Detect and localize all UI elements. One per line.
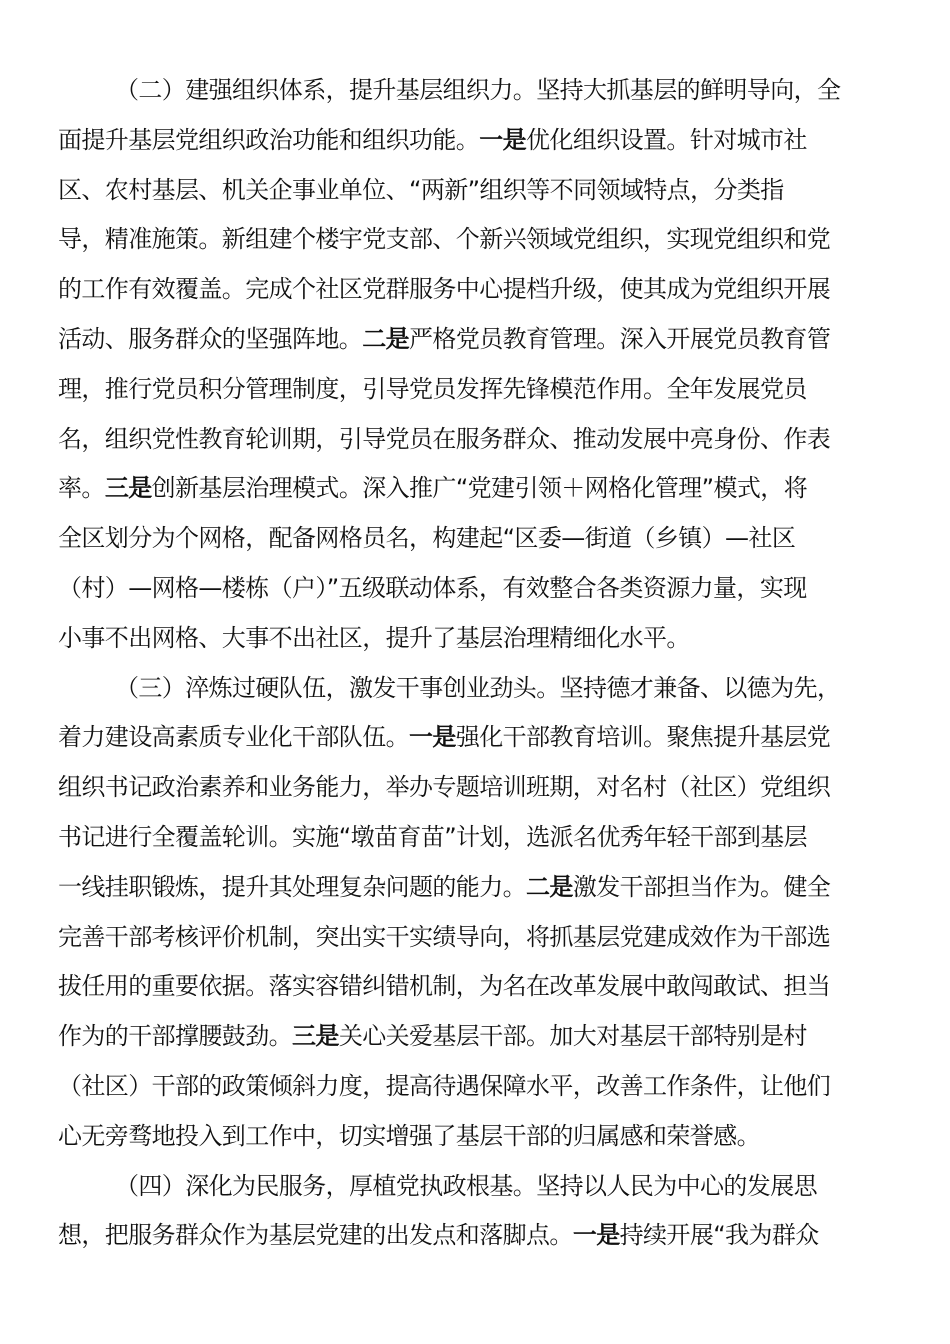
text-line: 心无旁骛地投入到工作中，切实增强了基层干部的归属感和荣誉感。 [58, 1118, 888, 1168]
text-line: 一线挂职锻炼，提升其处理复杂问题的能力。二是激发干部担当作为。健全 [58, 869, 888, 919]
text-line: 拔任用的重要依据。落实容错纠错机制，为名在改革发展中敢闯敢试、担当 [58, 968, 888, 1018]
text-segment: 活动、服务群众的坚强阵地。 [58, 325, 362, 353]
text-segment: （四）深化为民服务，厚植党执政根基。坚持以人民为中心的发展思 [115, 1172, 817, 1200]
document-page: （二）建强组织体系，提升基层组织力。坚持大抓基层的鲜明导向，全面提升基层党组织政… [0, 0, 950, 1344]
text-line: 面提升基层党组织政治功能和组织功能。一是优化组织设置。针对城市社 [58, 122, 888, 172]
text-segment: （三）淬炼过硬队伍，激发干事创业劲头。坚持德才兼备、以德为先， [115, 674, 840, 702]
text-line: 全区划分为个网格，配备网格员名，构建起“区委—街道（乡镇）—社区 [58, 520, 888, 570]
text-line: 名，组织党性教育轮训期，引导党员在服务群众、推动发展中亮身份、作表 [58, 421, 888, 471]
text-segment: 心无旁骛地投入到工作中，切实增强了基层干部的归属感和荣誉感。 [58, 1122, 760, 1150]
text-segment: 导，精准施策。新组建个楼宇党支部、个新兴领域党组织，实现党组织和党 [58, 225, 830, 253]
text-line: 小事不出网格、大事不出社区，提升了基层治理精细化水平。 [58, 620, 888, 670]
text-line: 活动、服务群众的坚强阵地。二是严格党员教育管理。深入开展党员教育管 [58, 321, 888, 371]
bold-keyword: 二是 [526, 873, 573, 901]
text-line: （四）深化为民服务，厚植党执政根基。坚持以人民为中心的发展思 [58, 1168, 888, 1218]
text-segment: 率。 [58, 474, 105, 502]
text-line: 书记进行全覆盖轮训。实施“墩苗育苗”计划，选派名优秀年轻干部到基层 [58, 819, 888, 869]
text-segment: 组织书记政治素养和业务能力，举办专题培训班期，对名村（社区）党组织 [58, 773, 830, 801]
text-segment: 拔任用的重要依据。落实容错纠错机制，为名在改革发展中敢闯敢试、担当 [58, 972, 830, 1000]
bold-keyword: 三是 [292, 1022, 339, 1050]
text-segment: 书记进行全覆盖轮训。实施“墩苗育苗”计划，选派名优秀年轻干部到基层 [58, 823, 807, 851]
text-segment: 着力建设高素质专业化干部队伍。 [58, 723, 409, 751]
bold-keyword: 一是 [573, 1221, 620, 1249]
text-segment: 创新基层治理模式。深入推广“党建引领＋网格化管理”模式，将 [152, 474, 807, 502]
text-segment: 激发干部担当作为。健全 [573, 873, 830, 901]
text-segment: 作为的干部撑腰鼓劲。 [58, 1022, 292, 1050]
text-line: 组织书记政治素养和业务能力，举办专题培训班期，对名村（社区）党组织 [58, 769, 888, 819]
text-segment: 关心关爱基层干部。加大对基层干部特别是村 [339, 1022, 807, 1050]
text-line: （村）—网格—楼栋（户）”五级联动体系，有效整合各类资源力量，实现 [58, 570, 888, 620]
text-segment: 面提升基层党组织政治功能和组织功能。 [58, 126, 479, 154]
text-line: （二）建强组织体系，提升基层组织力。坚持大抓基层的鲜明导向，全 [58, 72, 888, 122]
paragraph-section-4: （四）深化为民服务，厚植党执政根基。坚持以人民为中心的发展思想，把服务群众作为基… [58, 1168, 888, 1268]
paragraph-section-3: （三）淬炼过硬队伍，激发干事创业劲头。坚持德才兼备、以德为先，着力建设高素质专业… [58, 670, 888, 1168]
text-line: 区、农村基层、机关企事业单位、“两新”组织等不同领域特点，分类指 [58, 172, 888, 222]
bold-keyword: 一是 [409, 723, 456, 751]
text-segment: 严格党员教育管理。深入开展党员教育管 [409, 325, 830, 353]
text-line: 理，推行党员积分管理制度，引导党员发挥先锋模范作用。全年发展党员 [58, 371, 888, 421]
text-line: 率。三是创新基层治理模式。深入推广“党建引领＋网格化管理”模式，将 [58, 470, 888, 520]
text-segment: （村）—网格—楼栋（户）”五级联动体系，有效整合各类资源力量，实现 [58, 574, 807, 602]
text-segment: 持续开展“我为群众 [620, 1221, 819, 1249]
bold-keyword: 三是 [105, 474, 152, 502]
text-segment: 的工作有效覆盖。完成个社区党群服务中心提档升级，使其成为党组织开展 [58, 275, 830, 303]
bold-keyword: 二是 [362, 325, 409, 353]
text-segment: 优化组织设置。针对城市社 [526, 126, 807, 154]
text-line: 想，把服务群众作为基层党建的出发点和落脚点。一是持续开展“我为群众 [58, 1217, 888, 1267]
text-segment: 完善干部考核评价机制，突出实干实绩导向，将抓基层党建成效作为干部选 [58, 923, 830, 951]
text-line: 着力建设高素质专业化干部队伍。一是强化干部教育培训。聚焦提升基层党 [58, 719, 888, 769]
text-line: 的工作有效覆盖。完成个社区党群服务中心提档升级，使其成为党组织开展 [58, 271, 888, 321]
text-segment: （二）建强组织体系，提升基层组织力。坚持大抓基层的鲜明导向，全 [115, 76, 840, 104]
text-segment: 名，组织党性教育轮训期，引导党员在服务群众、推动发展中亮身份、作表 [58, 425, 830, 453]
bold-keyword: 一是 [479, 126, 526, 154]
text-segment: 一线挂职锻炼，提升其处理复杂问题的能力。 [58, 873, 526, 901]
text-line: 完善干部考核评价机制，突出实干实绩导向，将抓基层党建成效作为干部选 [58, 919, 888, 969]
text-line: （社区）干部的政策倾斜力度，提高待遇保障水平，改善工作条件，让他们 [58, 1068, 888, 1118]
paragraph-section-2: （二）建强组织体系，提升基层组织力。坚持大抓基层的鲜明导向，全面提升基层党组织政… [58, 72, 888, 670]
text-segment: 想，把服务群众作为基层党建的出发点和落脚点。 [58, 1221, 573, 1249]
text-segment: 小事不出网格、大事不出社区，提升了基层治理精细化水平。 [58, 624, 690, 652]
text-line: （三）淬炼过硬队伍，激发干事创业劲头。坚持德才兼备、以德为先， [58, 670, 888, 720]
text-segment: （社区）干部的政策倾斜力度，提高待遇保障水平，改善工作条件，让他们 [58, 1072, 830, 1100]
text-line: 导，精准施策。新组建个楼宇党支部、个新兴领域党组织，实现党组织和党 [58, 221, 888, 271]
document-body: （二）建强组织体系，提升基层组织力。坚持大抓基层的鲜明导向，全面提升基层党组织政… [58, 72, 888, 1267]
text-segment: 全区划分为个网格，配备网格员名，构建起“区委—街道（乡镇）—社区 [58, 524, 795, 552]
text-segment: 区、农村基层、机关企事业单位、“两新”组织等不同领域特点，分类指 [58, 176, 784, 204]
text-segment: 理，推行党员积分管理制度，引导党员发挥先锋模范作用。全年发展党员 [58, 375, 807, 403]
text-segment: 强化干部教育培训。聚焦提升基层党 [456, 723, 830, 751]
text-line: 作为的干部撑腰鼓劲。三是关心关爱基层干部。加大对基层干部特别是村 [58, 1018, 888, 1068]
